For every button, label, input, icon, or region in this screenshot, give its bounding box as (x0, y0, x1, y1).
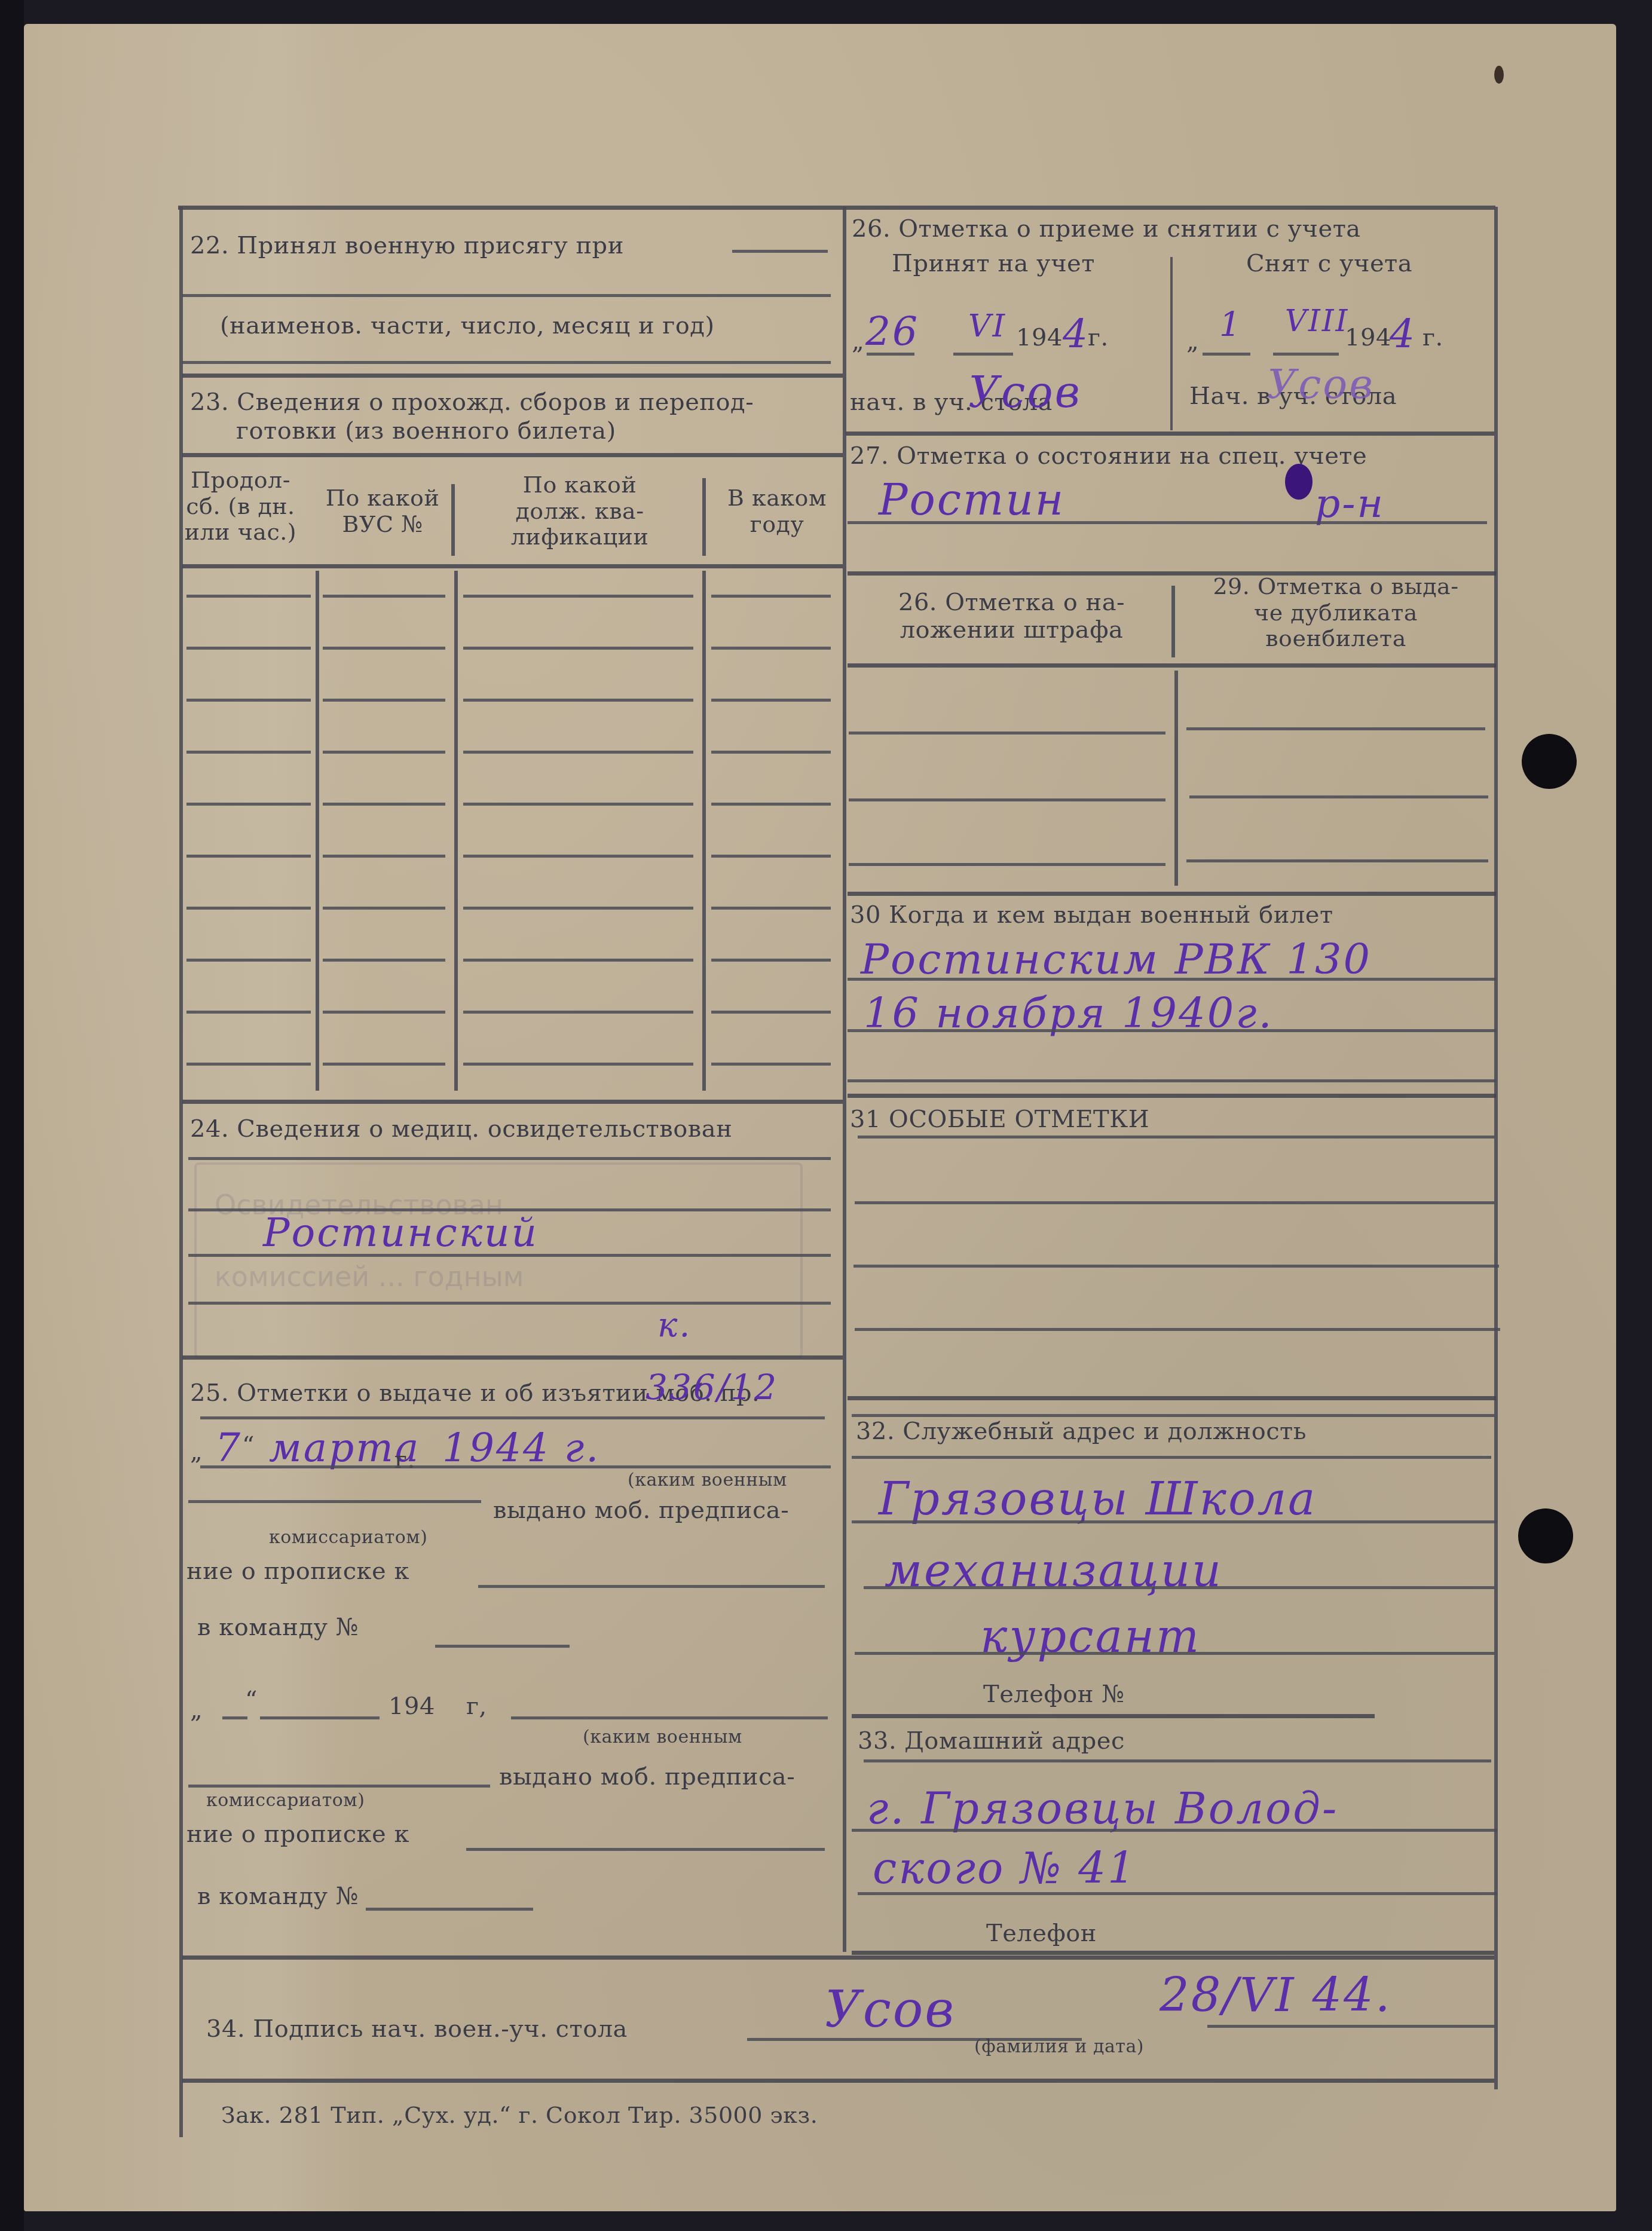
s23-col2-header: По какой ВУС № (314, 485, 451, 537)
s23-row-line (711, 1063, 831, 1066)
s26-rem-signature: Усов (1267, 365, 1375, 405)
s26-accepted-heading: Принят на учет (892, 250, 1095, 277)
s23-row-line (711, 1011, 831, 1014)
s28-29-hdr-divider (1171, 586, 1175, 657)
s22-title: 22. Принял военную присягу при (190, 232, 624, 259)
s25-registration: ние о прописке к (186, 1557, 409, 1585)
s34-top (182, 1955, 1494, 1960)
s30-bottom (848, 1094, 1496, 1098)
s23-row-line (323, 1063, 445, 1066)
s32-hand-line1: Грязовцы Школа (879, 1476, 1317, 1522)
s33-hand-line1: г. Грязовцы Волод- (867, 1787, 1338, 1830)
s32-line-1 (852, 1456, 1491, 1459)
s23-col-div-3 (702, 571, 706, 1091)
s25-date2-g: г, (466, 1693, 487, 1720)
s29-line-3 (1186, 859, 1488, 862)
s23-title-line2: готовки (из военного билета) (236, 417, 616, 445)
s28-29-divider (1174, 671, 1178, 886)
s32-bottom (852, 1714, 1375, 1718)
s22-blank-2 (182, 294, 831, 297)
s23-row-line (186, 1063, 311, 1066)
s23-row-line (711, 803, 831, 806)
s27-title: 27. Отметка о состоянии на спец. учете (850, 442, 1367, 470)
s25-issued-2: выдано моб. предписа- (499, 1763, 795, 1791)
s26-title: 26. Отметка о приеме и снятии с учета (852, 215, 1361, 243)
s31-line-3 (853, 1265, 1499, 1268)
s23-row-line (463, 959, 693, 962)
s26-acc-year-suffix: г. (1088, 324, 1109, 351)
s24-title: 24. Сведения о медиц. освидетельствован (190, 1115, 732, 1143)
s30-hand-line2: 16 ноября 1940г. (864, 992, 1274, 1034)
s22-caption: (наименов. части, число, месяц и год) (220, 312, 715, 339)
s28-line-1 (849, 732, 1165, 735)
s26-bottom (846, 431, 1494, 436)
s25-caption-commissariat-2: комиссариатом) (206, 1791, 365, 1811)
s26-acc-year: 194 (1016, 324, 1063, 351)
s30-title: 30 Когда и кем выдан военный билет (850, 901, 1333, 929)
s26-removed-heading: Снят с учета (1246, 250, 1412, 277)
s23-row-line (463, 1011, 693, 1014)
s31-title: 31 ОСОБЫЕ ОТМЕТКИ (850, 1106, 1149, 1133)
s25-line-7 (188, 1785, 490, 1788)
s25-line-2 (200, 1465, 831, 1468)
s34-title: 34. Подпись нач. воен.-уч. стола (206, 2015, 628, 2043)
s24-bottom (182, 1355, 843, 1360)
s23-row-line (463, 907, 693, 910)
s25-caption-which-2: (каким военным (583, 1727, 742, 1748)
s23-row-line (463, 1063, 693, 1066)
s26-rem-year-suffix: г. (1422, 324, 1443, 351)
s25-hand-number: 336/12 (645, 1370, 778, 1404)
s29-title: 29. Отметка о выда- че дубликата военбил… (1180, 574, 1491, 652)
s25-team: в команду № (197, 1614, 359, 1641)
s29-line-2 (1189, 795, 1488, 798)
s23-row-line (711, 855, 831, 858)
s24-line-1 (188, 1157, 831, 1160)
s25-line-3 (188, 1500, 481, 1503)
s31-line-1 (858, 1136, 1494, 1139)
s25-line-1 (200, 1416, 825, 1419)
s23-hdr-div-3 (702, 478, 706, 556)
s23-row-line (463, 595, 693, 598)
s26-rem-quote: „ (1186, 328, 1199, 355)
s23-row-line (186, 647, 311, 650)
s25-caption-commissariat: комиссариатом) (269, 1528, 427, 1548)
s34-signature-line-2 (1207, 2025, 1494, 2028)
s23-row-line (463, 803, 693, 806)
s27-line (848, 521, 1487, 524)
s25-date1-day: 7 (215, 1428, 242, 1468)
s28-29-bottom (848, 892, 1496, 896)
s30-line-2 (848, 1029, 1496, 1032)
s34-signature: Усов (825, 1984, 956, 2034)
s23-row-line (463, 855, 693, 858)
s26-rem-month-line (1273, 353, 1339, 356)
punch-hole-lower (1518, 1508, 1573, 1563)
s23-row-line (711, 699, 831, 702)
s31-line-2 (855, 1201, 1494, 1204)
s23-row-line (186, 803, 311, 806)
s23-col-div-1 (316, 571, 319, 1091)
s23-row-line (711, 751, 831, 754)
s25-date1-close: “ (242, 1432, 255, 1459)
s23-title-line1: 23. Сведения о прохожд. сборов и перепод… (190, 388, 754, 416)
s23-row-line (186, 907, 311, 910)
s28-line-3 (849, 863, 1165, 866)
s25-line-6 (511, 1716, 828, 1719)
s30-line-3 (848, 1079, 1496, 1082)
s33-hand-line2: ского № 41 (873, 1847, 1137, 1890)
s23-bottom (182, 1100, 843, 1104)
s33-line-1 (864, 1759, 1491, 1762)
s32-top-line (852, 1414, 1494, 1417)
s23-row-line (711, 595, 831, 598)
s24-hand-commissariat: Ростинский (263, 1213, 539, 1253)
s23-row-line (323, 855, 445, 858)
s34-date: 28/VI 44. (1160, 1972, 1392, 2019)
s26-rem-day: 1 (1219, 308, 1243, 342)
s34-caption: (фамилия и дата) (974, 2037, 1144, 2058)
s23-col3-header: По какой долж. ква- лификации (460, 472, 699, 550)
form-right-border (1494, 207, 1498, 2089)
s23-row-line (463, 699, 693, 702)
s25-line-5 (435, 1645, 570, 1648)
s33-line-2 (852, 1829, 1497, 1832)
s26-acc-day: 26 (865, 312, 919, 351)
ink-dot (1285, 464, 1313, 500)
s23-col-div-2 (454, 571, 458, 1091)
s25-date2-open: „ (190, 1696, 203, 1724)
s25-line-9 (366, 1908, 533, 1911)
s24-hand-suffix: к. (657, 1309, 692, 1342)
s23-row-line (323, 907, 445, 910)
s26-rem-month: VIII (1285, 306, 1349, 336)
s28-title: 26. Отметка о на- ложении штрафа (852, 589, 1171, 644)
s32-line-3 (864, 1586, 1494, 1589)
s32-phone: Телефон № (983, 1681, 1125, 1708)
s31-line-4 (855, 1328, 1500, 1331)
s28-29-header-bottom (848, 663, 1496, 668)
faded-stamp: Освидетельствован комиссией ... годным (194, 1162, 803, 1358)
s25-date1-year: 1944 г. (442, 1428, 600, 1468)
form-middle-divider (843, 207, 846, 1952)
s27-hand-right: р-н (1315, 484, 1385, 524)
s25-line-8 (466, 1848, 825, 1851)
s26-acc-month: VI (968, 311, 1007, 342)
form-top-border (178, 206, 1495, 210)
s25-caption-which: (каким военным (628, 1470, 787, 1491)
s26-acc-quote: „ (852, 328, 864, 355)
s28-line-2 (849, 798, 1165, 801)
s23-header-top (182, 453, 843, 457)
s25-team-2: в команду № (197, 1883, 359, 1910)
s23-row-line (186, 699, 311, 702)
s23-row-line (323, 803, 445, 806)
s23-row-line (323, 959, 445, 962)
footer-imprint: Зак. 281 Тип. „Сух. уд.“ г. Сокол Тир. 3… (221, 2103, 818, 2129)
s30-line-1 (848, 978, 1496, 981)
s32-title: 32. Служебный адрес и должность (856, 1418, 1307, 1445)
s33-phone: Телефон (986, 1920, 1097, 1947)
s23-col4-header: В каком году (711, 485, 843, 537)
s23-row-line (323, 1011, 445, 1014)
s25-date1-g: г. (394, 1446, 415, 1474)
s23-row-line (186, 1011, 311, 1014)
s23-row-line (323, 595, 445, 598)
photo-background-left (0, 0, 24, 2231)
s26-acc-year-digit: 4 (1063, 314, 1090, 354)
s23-row-line (463, 647, 693, 650)
s26-acc-month-line (953, 353, 1013, 356)
s23-row-line (186, 595, 311, 598)
s23-row-line (186, 751, 311, 754)
paper-spot (1494, 66, 1504, 84)
s26-acc-signature: Усов (968, 371, 1082, 414)
s24-line-4 (188, 1302, 831, 1305)
s22-blank-1 (732, 250, 828, 253)
s23-row-line (186, 959, 311, 962)
s23-row-line (711, 907, 831, 910)
s26-acc-day-line (867, 353, 914, 356)
s23-row-line (323, 751, 445, 754)
s23-row-line (711, 959, 831, 962)
s33-title: 33. Домашний адрес (858, 1727, 1125, 1755)
s22-bottom (182, 374, 843, 378)
s25-issued: выдано моб. предписа- (493, 1496, 789, 1524)
s23-header-bottom (182, 564, 843, 568)
s23-row-line (711, 647, 831, 650)
s26-rem-year: 194 (1345, 324, 1391, 351)
s32-line-4 (855, 1652, 1494, 1655)
s23-hdr-div-2 (451, 484, 455, 556)
s25-date1-open: „ (190, 1438, 203, 1465)
s23-row-line (323, 647, 445, 650)
s23-row-line (463, 751, 693, 754)
s32-line-2 (852, 1520, 1497, 1523)
s25-registration-2: ние о прописке к (186, 1820, 409, 1848)
s24-line-3 (188, 1254, 831, 1257)
s25-line-4 (478, 1585, 825, 1588)
s25-date2-year: 194 (388, 1693, 435, 1720)
s31-bottom (848, 1396, 1496, 1400)
s33-bottom (852, 1951, 1494, 1955)
s26-divider (1170, 257, 1173, 430)
s25-date2-close: “ (245, 1687, 258, 1714)
s30-hand-line1: Ростинским РВК 130 (861, 938, 1372, 980)
s27-hand-left: Ростин (879, 478, 1065, 521)
s25-date2-month-line (260, 1716, 380, 1719)
punch-hole-upper (1522, 734, 1577, 789)
s23-row-line (323, 699, 445, 702)
s33-line-3 (858, 1892, 1497, 1895)
s25-date2-day-line (222, 1716, 247, 1719)
s29-line-1 (1186, 727, 1485, 730)
s23-col1-header: Продол- сб. (в дн. или час.) (179, 467, 302, 546)
s23-row-line (186, 855, 311, 858)
s22-blank-3 (182, 361, 831, 364)
s26-rem-day-line (1203, 353, 1250, 356)
s26-rem-year-digit: 4 (1390, 314, 1417, 354)
s34-bottom (182, 2079, 1494, 2083)
